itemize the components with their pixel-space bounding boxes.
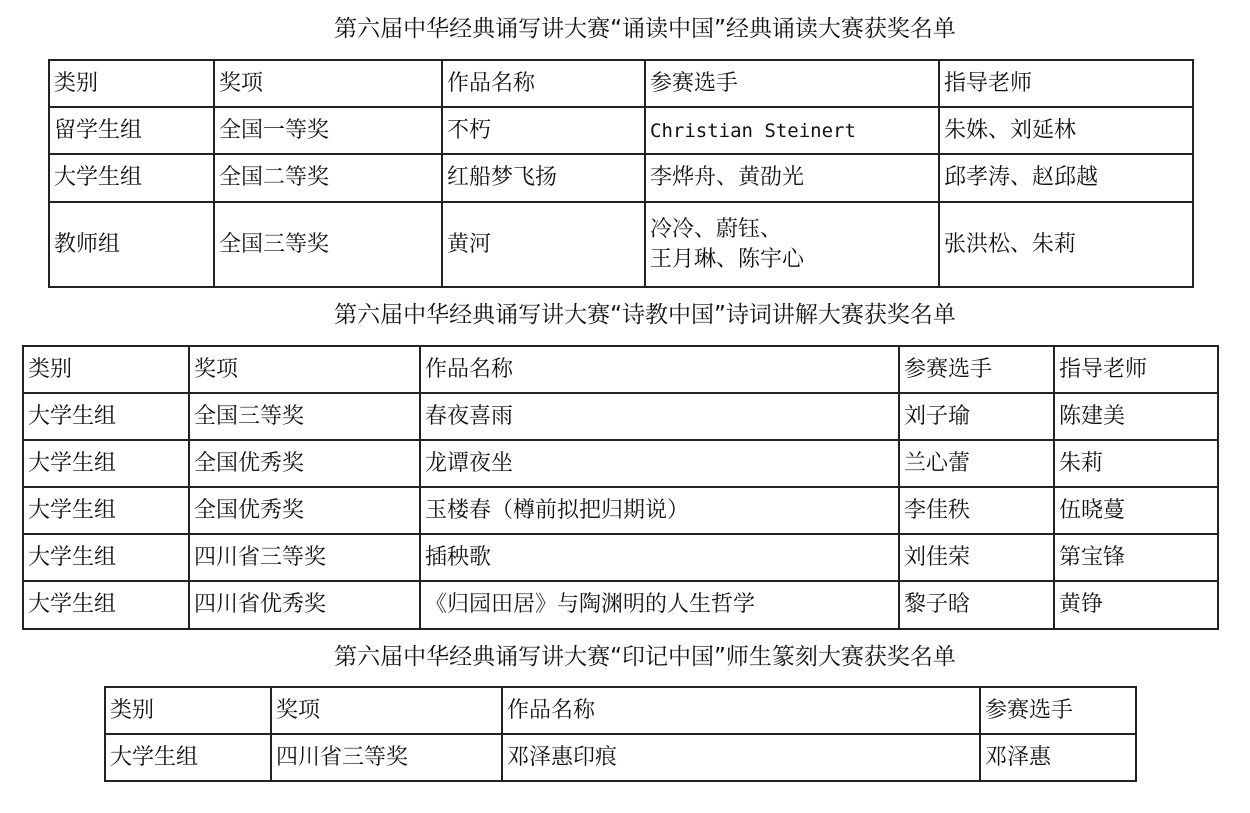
cell-participants: 刘佳荣 bbox=[899, 534, 1054, 581]
cell-participants: 兰心蕾 bbox=[899, 440, 1054, 487]
cell-advisors: 黄铮 bbox=[1054, 581, 1218, 629]
header-work: 作品名称 bbox=[442, 60, 645, 107]
table-row: 留学生组 全国一等奖 不朽 Christian Steinert 朱姝、刘延林 bbox=[49, 107, 1193, 154]
cell-category: 留学生组 bbox=[49, 107, 214, 154]
cell-participants: Christian Steinert bbox=[645, 107, 939, 154]
cell-participants: 黎子晗 bbox=[899, 581, 1054, 629]
table-header-row: 类别 奖项 作品名称 参赛选手 bbox=[105, 687, 1136, 734]
cell-category: 大学生组 bbox=[105, 734, 271, 781]
table-header-row: 类别 奖项 作品名称 参赛选手 指导老师 bbox=[49, 60, 1193, 107]
header-award: 奖项 bbox=[189, 346, 420, 393]
cell-category: 大学生组 bbox=[23, 534, 189, 581]
cell-category: 大学生组 bbox=[23, 393, 189, 440]
cell-work: 《归园田居》与陶渊明的人生哲学 bbox=[420, 581, 899, 629]
header-work: 作品名称 bbox=[420, 346, 899, 393]
header-category: 类别 bbox=[23, 346, 189, 393]
header-advisors: 指导老师 bbox=[939, 60, 1193, 107]
cell-work: 不朽 bbox=[442, 107, 645, 154]
cell-work: 红船梦飞扬 bbox=[442, 154, 645, 202]
table-row: 大学生组 全国优秀奖 龙谭夜坐 兰心蕾 朱莉 bbox=[23, 440, 1218, 487]
header-award: 奖项 bbox=[214, 60, 442, 107]
participants-line-1: 冷冷、蔚钰、 bbox=[650, 215, 938, 245]
cell-award: 全国三等奖 bbox=[189, 393, 420, 440]
header-work: 作品名称 bbox=[502, 687, 980, 734]
cell-advisors: 伍晓蔓 bbox=[1054, 487, 1218, 534]
cell-work: 春夜喜雨 bbox=[420, 393, 899, 440]
table-row: 大学生组 四川省三等奖 插秧歌 刘佳荣 第宝锋 bbox=[23, 534, 1218, 581]
cell-category: 教师组 bbox=[49, 202, 214, 287]
table-recitation-awards: 类别 奖项 作品名称 参赛选手 指导老师 留学生组 全国一等奖 不朽 Chris… bbox=[48, 59, 1194, 288]
table-row: 大学生组 四川省三等奖 邓泽惠印痕 邓泽惠 bbox=[105, 734, 1136, 781]
cell-advisors: 第宝锋 bbox=[1054, 534, 1218, 581]
section-title-recitation: 第六届中华经典诵写讲大赛“诵读中国”经典诵读大赛获奖名单 bbox=[0, 14, 1250, 44]
cell-work: 龙谭夜坐 bbox=[420, 440, 899, 487]
table-poetry-awards: 类别 奖项 作品名称 参赛选手 指导老师 大学生组 全国三等奖 春夜喜雨 刘子瑜… bbox=[22, 345, 1219, 630]
cell-participants: 李烨舟、黄劭光 bbox=[645, 154, 939, 202]
cell-advisors: 张洪松、朱莉 bbox=[939, 202, 1193, 287]
cell-work: 插秧歌 bbox=[420, 534, 899, 581]
cell-work: 玉楼春（樽前拟把归期说） bbox=[420, 487, 899, 534]
cell-award: 全国优秀奖 bbox=[189, 440, 420, 487]
cell-category: 大学生组 bbox=[23, 487, 189, 534]
section-title-seal-carving: 第六届中华经典诵写讲大赛“印记中国”师生篆刻大赛获奖名单 bbox=[0, 642, 1250, 672]
table-seal-carving-awards: 类别 奖项 作品名称 参赛选手 大学生组 四川省三等奖 邓泽惠印痕 邓泽惠 bbox=[104, 686, 1137, 782]
cell-advisors: 朱莉 bbox=[1054, 440, 1218, 487]
cell-award: 四川省三等奖 bbox=[271, 734, 502, 781]
cell-work: 黄河 bbox=[442, 202, 645, 287]
cell-participants: 刘子瑜 bbox=[899, 393, 1054, 440]
participants-line-2: 王月琳、陈宇心 bbox=[650, 245, 938, 275]
cell-category: 大学生组 bbox=[49, 154, 214, 202]
table-header-row: 类别 奖项 作品名称 参赛选手 指导老师 bbox=[23, 346, 1218, 393]
table-row: 大学生组 全国三等奖 春夜喜雨 刘子瑜 陈建美 bbox=[23, 393, 1218, 440]
header-participants: 参赛选手 bbox=[645, 60, 939, 107]
table-row: 大学生组 全国优秀奖 玉楼春（樽前拟把归期说） 李佳秩 伍晓蔓 bbox=[23, 487, 1218, 534]
cell-advisors: 邱孝涛、赵邱越 bbox=[939, 154, 1193, 202]
cell-award: 四川省优秀奖 bbox=[189, 581, 420, 629]
cell-award: 四川省三等奖 bbox=[189, 534, 420, 581]
header-category: 类别 bbox=[105, 687, 271, 734]
cell-category: 大学生组 bbox=[23, 440, 189, 487]
header-participants: 参赛选手 bbox=[899, 346, 1054, 393]
cell-advisors: 陈建美 bbox=[1054, 393, 1218, 440]
cell-work: 邓泽惠印痕 bbox=[502, 734, 980, 781]
cell-participants: 李佳秩 bbox=[899, 487, 1054, 534]
table-row: 大学生组 四川省优秀奖 《归园田居》与陶渊明的人生哲学 黎子晗 黄铮 bbox=[23, 581, 1218, 629]
cell-award: 全国优秀奖 bbox=[189, 487, 420, 534]
cell-participants: 邓泽惠 bbox=[980, 734, 1136, 781]
header-award: 奖项 bbox=[271, 687, 502, 734]
cell-category: 大学生组 bbox=[23, 581, 189, 629]
cell-advisors: 朱姝、刘延林 bbox=[939, 107, 1193, 154]
header-advisors: 指导老师 bbox=[1054, 346, 1218, 393]
cell-award: 全国一等奖 bbox=[214, 107, 442, 154]
header-participants: 参赛选手 bbox=[980, 687, 1136, 734]
cell-award: 全国二等奖 bbox=[214, 154, 442, 202]
header-category: 类别 bbox=[49, 60, 214, 107]
cell-award: 全国三等奖 bbox=[214, 202, 442, 287]
cell-participants: 冷冷、蔚钰、 王月琳、陈宇心 bbox=[645, 202, 939, 287]
section-title-poetry: 第六届中华经典诵写讲大赛“诗教中国”诗词讲解大赛获奖名单 bbox=[0, 300, 1250, 330]
table-row: 教师组 全国三等奖 黄河 冷冷、蔚钰、 王月琳、陈宇心 张洪松、朱莉 bbox=[49, 202, 1193, 287]
table-row: 大学生组 全国二等奖 红船梦飞扬 李烨舟、黄劭光 邱孝涛、赵邱越 bbox=[49, 154, 1193, 202]
